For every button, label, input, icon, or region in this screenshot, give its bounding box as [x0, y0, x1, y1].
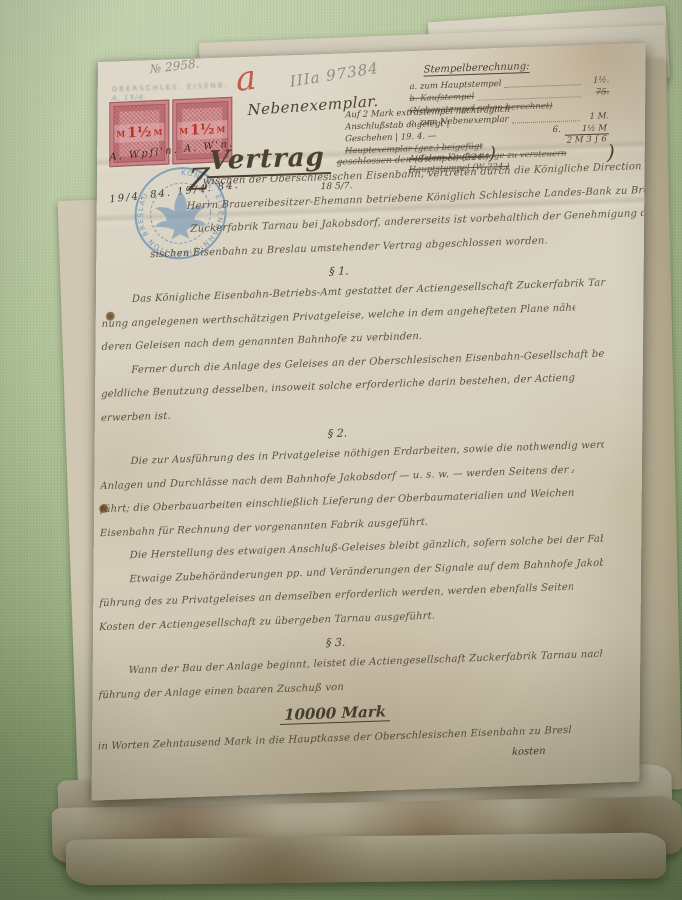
stamp-denomination: M 1½ M	[177, 120, 227, 140]
document-page: № 2958. a IIIa 97384 OBERSCHLES. EISENB.…	[92, 43, 646, 801]
red-index-letter: a	[234, 58, 258, 100]
handwritten-body: Z wischen der Oberschlesischen Eisenbahn…	[98, 157, 577, 772]
stamp-mark-letter: M	[154, 127, 163, 137]
stamp-denomination: M 1½ M	[114, 123, 164, 143]
fee-value: 1½.	[583, 74, 609, 87]
paragraph: Das Königliche Eisenbahn-Betriebs-Amt ge…	[101, 272, 576, 430]
stamp-mark-letter: M	[216, 124, 225, 134]
stamp-value: 1½	[127, 124, 151, 141]
section-3: § 3. Wann der Bau der Anlage beginnt, le…	[98, 628, 573, 772]
amount-value: 10000 Mark	[280, 702, 390, 725]
stamp-mark-letter: M	[179, 126, 188, 136]
paragraph: Die zur Ausführung des in Privatgeleise …	[99, 435, 574, 640]
stamp-mark-letter: M	[116, 128, 125, 138]
pencil-registry-number: № 2958.	[149, 56, 199, 76]
photo-of-document: № 2958. a IIIa 97384 OBERSCHLES. EISENB.…	[0, 0, 682, 900]
fee-value: 75.	[583, 86, 609, 99]
stamp-value: 1½	[190, 122, 214, 139]
section-2: § 2. Die zur Ausführung des in Privatgel…	[99, 419, 574, 640]
worn-page-edge	[66, 832, 667, 885]
fee-table-title: Stempelberechnung:	[424, 61, 530, 77]
fee-value: 1 M.	[583, 110, 609, 123]
intro-section: wischen der Oberschlesischen Eisenbahn, …	[102, 157, 577, 268]
section-1: § 1. Das Königliche Eisenbahn-Betriebs-A…	[101, 256, 576, 430]
paragraph: wischen der Oberschlesischen Eisenbahn, …	[102, 157, 577, 268]
pencil-file-number: IIIa 97384	[289, 59, 380, 91]
